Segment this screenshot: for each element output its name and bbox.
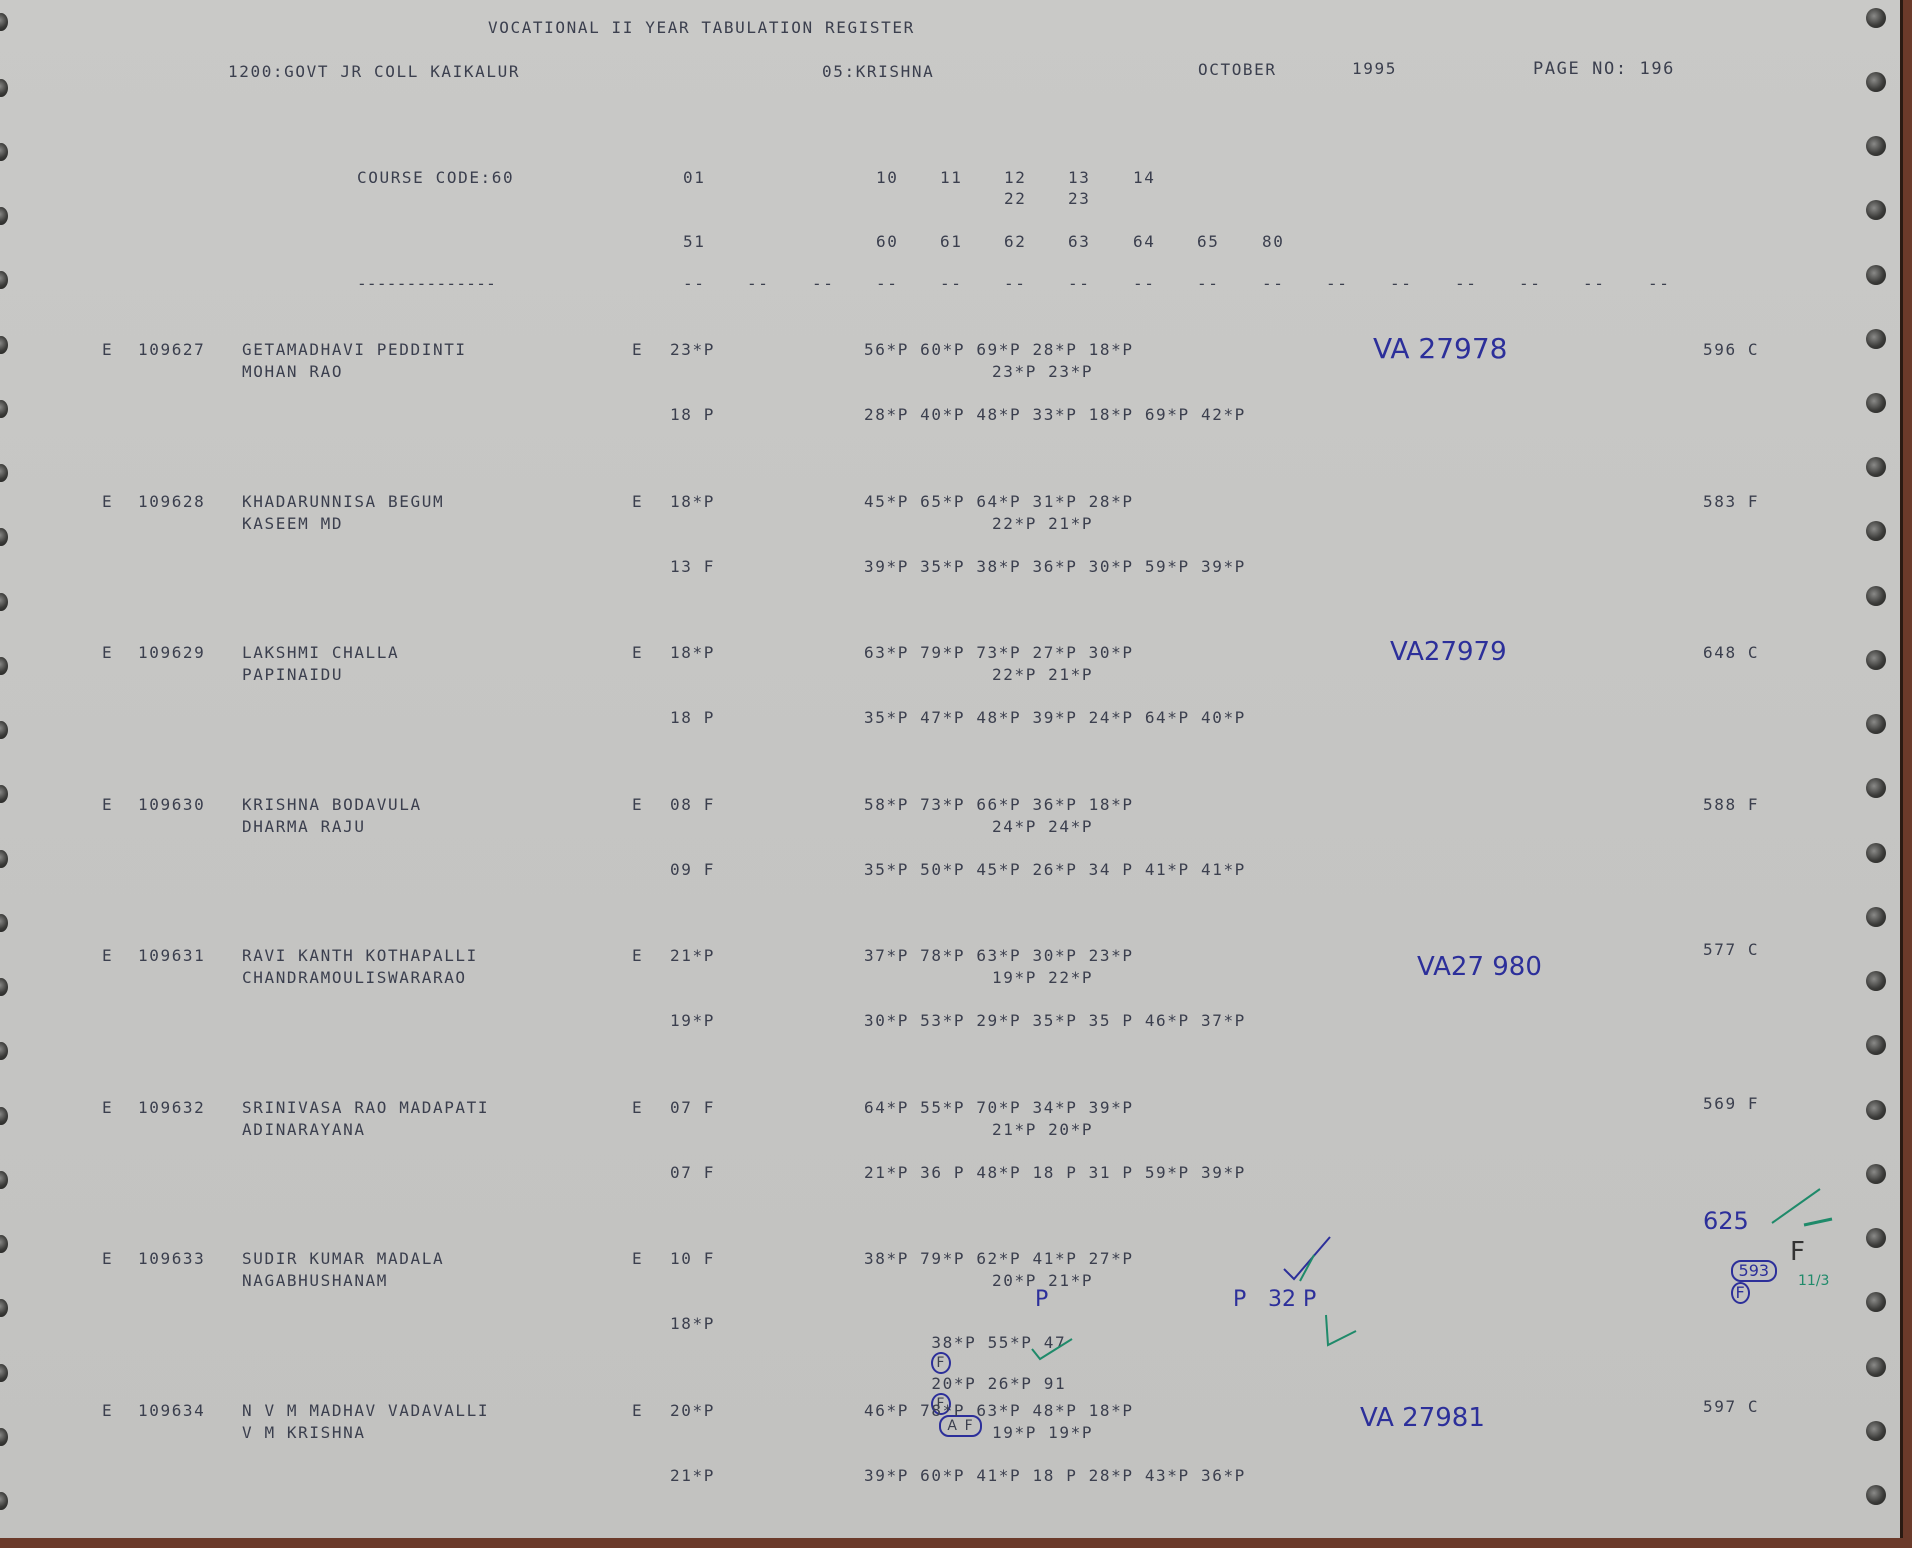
year1-sub-marks: 22*P 21*P <box>992 514 1093 533</box>
corrected-total: 625 <box>1703 1207 1749 1235</box>
initials-date: 11/3 <box>1798 1273 1829 1289</box>
student-record: E 109629 LAKSHMI CHALLA PAPINAIDU E 18*P… <box>0 643 1900 743</box>
exam-year: 1995 <box>1352 59 1397 78</box>
hall-ticket-number: 109630 <box>138 795 205 814</box>
part1-marks: 08 F <box>670 795 715 814</box>
student-record: E 109631 RAVI KANTH KOTHAPALLI CHANDRAMO… <box>0 946 1900 1046</box>
subject-code: 22 <box>1004 189 1026 208</box>
hall-ticket-number: 109627 <box>138 340 205 359</box>
year1-marks: 56*P 60*P 69*P 28*P 18*P <box>864 340 1134 359</box>
sprocket-hole <box>0 79 8 97</box>
header-rule: -------------- <box>357 274 496 293</box>
sprocket-hole <box>1866 457 1886 477</box>
sprocket-hole <box>0 464 8 482</box>
sprocket-hole <box>1866 1357 1886 1377</box>
subject-code: 12 <box>1004 168 1026 187</box>
part1b-marks: 18 P <box>670 708 715 727</box>
header-rule: -- <box>1068 274 1090 293</box>
subject-code: 01 <box>683 168 705 187</box>
subject-code: 80 <box>1262 232 1284 251</box>
part1b-marks: 07 F <box>670 1163 715 1182</box>
father-name: MOHAN RAO <box>242 362 343 381</box>
original-total: 593 F <box>1700 1241 1777 1323</box>
sprocket-hole <box>1866 265 1886 285</box>
student-record: E 109634 N V M MADHAV VADAVALLI V M KRIS… <box>0 1401 1900 1501</box>
medium: E <box>632 492 643 511</box>
year1-marks: 63*P 79*P 73*P 27*P 30*P <box>864 643 1134 662</box>
student-name: RAVI KANTH KOTHAPALLI <box>242 946 478 965</box>
category: E <box>102 643 113 662</box>
check-mark-icon <box>1028 1323 1078 1363</box>
check-mark-icon <box>1322 1311 1362 1351</box>
father-name: DHARMA RAJU <box>242 817 366 836</box>
district-name: 05:KRISHNA <box>822 62 934 81</box>
total-result: 597 C <box>1703 1397 1759 1416</box>
subject-code: 64 <box>1133 232 1155 251</box>
category: E <box>102 1401 113 1420</box>
year1-marks: 37*P 78*P 63*P 30*P 23*P <box>864 946 1134 965</box>
year1-sub-marks: 22*P 21*P <box>992 665 1093 684</box>
header-rule: -- <box>1133 274 1155 293</box>
header-rule: -- <box>1390 274 1412 293</box>
header-rule: -- <box>1583 274 1605 293</box>
father-name: ADINARAYANA <box>242 1120 366 1139</box>
sprocket-hole <box>1866 200 1886 220</box>
sprocket-hole <box>0 914 8 932</box>
tabulation-register-sheet: VOCATIONAL II YEAR TABULATION REGISTER 1… <box>0 0 1903 1538</box>
medium: E <box>632 643 643 662</box>
student-name: SUDIR KUMAR MADALA <box>242 1249 444 1268</box>
part1-marks: 10 F <box>670 1249 715 1268</box>
part1-marks: 07 F <box>670 1098 715 1117</box>
check-mark-icon <box>1280 1235 1340 1285</box>
header-rule: -- <box>1455 274 1477 293</box>
header-rule: -- <box>1326 274 1348 293</box>
subject-code: 65 <box>1197 232 1219 251</box>
part1b-marks: 18*P <box>670 1314 715 1333</box>
year1-sub-marks: 21*P 20*P <box>992 1120 1093 1139</box>
father-name: V M KRISHNA <box>242 1423 366 1442</box>
father-name: NAGABHUSHANAM <box>242 1271 388 1290</box>
part1-marks: 18*P <box>670 492 715 511</box>
father-name: KASEEM MD <box>242 514 343 533</box>
part1b-marks: 19*P <box>670 1011 715 1030</box>
handwritten-serial: VA27979 <box>1390 637 1507 667</box>
part1b-marks: 21*P <box>670 1466 715 1485</box>
part1b-marks: 18 P <box>670 405 715 424</box>
subject-code: 13 <box>1068 168 1090 187</box>
category: E <box>102 492 113 511</box>
sprocket-hole <box>1866 1228 1886 1248</box>
category: E <box>102 340 113 359</box>
strike-mark-icon <box>1768 1183 1838 1233</box>
category: E <box>102 1098 113 1117</box>
medium: E <box>632 340 643 359</box>
hall-ticket-number: 109631 <box>138 946 205 965</box>
medium: E <box>632 1401 643 1420</box>
sprocket-hole <box>0 13 8 31</box>
page-number: PAGE NO: 196 <box>1533 59 1675 79</box>
hall-ticket-number: 109634 <box>138 1401 205 1420</box>
year1-marks: 46*P 78*P 63*P 48*P 18*P <box>864 1401 1134 1420</box>
year2-marks-middle: 20*P 26*P 91 <box>931 1374 1066 1393</box>
total-result: 577 C <box>1703 940 1759 959</box>
sprocket-hole <box>0 271 8 289</box>
total-result: 583 F <box>1703 492 1759 511</box>
handwritten-serial: VA27 980 <box>1417 952 1542 982</box>
header-rule: -- <box>747 274 769 293</box>
header-rule: -- <box>940 274 962 293</box>
header-rule: -- <box>683 274 705 293</box>
part1-marks: 21*P <box>670 946 715 965</box>
header-rule: -- <box>1004 274 1026 293</box>
year1-sub-marks: 24*P 24*P <box>992 817 1093 836</box>
year2-marks: 21*P 36 P 48*P 18 P 31 P 59*P 39*P <box>864 1163 1246 1182</box>
student-name: KRISHNA BODAVULA <box>242 795 422 814</box>
medium: E <box>632 1098 643 1117</box>
year2-marks: 35*P 50*P 45*P 26*P 34 P 41*P 41*P <box>864 860 1246 879</box>
total-result: 588 F <box>1703 795 1759 814</box>
header-rule: -- <box>1648 274 1670 293</box>
sprocket-hole <box>0 1364 8 1382</box>
subject-code: 10 <box>876 168 898 187</box>
circled-fail-mark: F <box>931 1352 951 1374</box>
sprocket-hole <box>1866 8 1886 28</box>
year2-marks: 39*P 35*P 38*P 36*P 30*P 59*P 39*P <box>864 557 1246 576</box>
student-record: E 109633 SUDIR KUMAR MADALA NAGABHUSHANA… <box>0 1249 1900 1349</box>
year1-sub-marks: 19*P 22*P <box>992 968 1093 987</box>
year1-sub-marks: 23*P 23*P <box>992 362 1093 381</box>
part1b-marks: 09 F <box>670 860 715 879</box>
college-name: 1200:GOVT JR COLL KAIKALUR <box>228 62 520 81</box>
student-name: KHADARUNNISA BEGUM <box>242 492 444 511</box>
exam-month: OCTOBER <box>1198 60 1277 79</box>
year2-marks: 39*P 60*P 41*P 18 P 28*P 43*P 36*P <box>864 1466 1246 1485</box>
header-rule: -- <box>1262 274 1284 293</box>
student-name: LAKSHMI CHALLA <box>242 643 399 662</box>
father-name: CHANDRAMOULISWARARAO <box>242 968 467 987</box>
student-record: E 109628 KHADARUNNISA BEGUM KASEEM MD E … <box>0 492 1900 592</box>
category: E <box>102 795 113 814</box>
hall-ticket-number: 109628 <box>138 492 205 511</box>
handwritten-correction: P <box>1233 1287 1246 1312</box>
category: E <box>102 946 113 965</box>
year1-marks: 45*P 65*P 64*P 31*P 28*P <box>864 492 1134 511</box>
subject-code: 14 <box>1133 168 1155 187</box>
circled-total: 593 <box>1731 1260 1778 1282</box>
subject-code: 61 <box>940 232 962 251</box>
year1-marks: 64*P 55*P 70*P 34*P 39*P <box>864 1098 1134 1117</box>
handwritten-serial: VA 27981 <box>1360 1403 1485 1433</box>
student-name: GETAMADHAVI PEDDINTI <box>242 340 467 359</box>
part1-marks: 18*P <box>670 643 715 662</box>
year2-marks: 30*P 53*P 29*P 35*P 35 P 46*P 37*P <box>864 1011 1246 1030</box>
sprocket-hole <box>0 143 8 161</box>
part1b-marks: 13 F <box>670 557 715 576</box>
total-result: 569 F <box>1703 1094 1759 1113</box>
header-rule: -- <box>812 274 834 293</box>
year1-marks: 38*P 79*P 62*P 41*P 27*P <box>864 1249 1134 1268</box>
corrected-grade: F <box>1790 1237 1805 1267</box>
hall-ticket-number: 109629 <box>138 643 205 662</box>
year1-marks: 58*P 73*P 66*P 36*P 18*P <box>864 795 1134 814</box>
category: E <box>102 1249 113 1268</box>
hall-ticket-number: 109632 <box>138 1098 205 1117</box>
year2-marks: 28*P 40*P 48*P 33*P 18*P 69*P 42*P <box>864 405 1246 424</box>
course-code: COURSE CODE:60 <box>357 168 514 187</box>
sprocket-hole <box>1866 136 1886 156</box>
year1-sub-marks: 19*P 19*P <box>992 1423 1093 1442</box>
student-record: E 109630 KRISHNA BODAVULA DHARMA RAJU E … <box>0 795 1900 895</box>
sprocket-hole <box>0 593 8 611</box>
medium: E <box>632 795 643 814</box>
total-result: 648 C <box>1703 643 1759 662</box>
subject-code: 11 <box>940 168 962 187</box>
subject-code: 62 <box>1004 232 1026 251</box>
medium: E <box>632 946 643 965</box>
student-record: E 109627 GETAMADHAVI PEDDINTI MOHAN RAO … <box>0 340 1900 440</box>
subject-code: 23 <box>1068 189 1090 208</box>
sprocket-hole <box>1866 907 1886 927</box>
year2-marks: 35*P 47*P 48*P 39*P 24*P 64*P 40*P <box>864 708 1246 727</box>
hall-ticket-number: 109633 <box>138 1249 205 1268</box>
circled-grade: F <box>1731 1282 1750 1304</box>
subject-code: 51 <box>683 232 705 251</box>
total-result: 596 C <box>1703 340 1759 359</box>
sprocket-hole <box>0 207 8 225</box>
subject-code: 63 <box>1068 232 1090 251</box>
sprocket-hole <box>1866 72 1886 92</box>
student-record: E 109632 SRINIVASA RAO MADAPATI ADINARAY… <box>0 1098 1900 1198</box>
header-rule: -- <box>1519 274 1541 293</box>
register-title: VOCATIONAL II YEAR TABULATION REGISTER <box>488 18 915 37</box>
student-name: N V M MADHAV VADAVALLI <box>242 1401 489 1420</box>
subject-code: 60 <box>876 232 898 251</box>
medium: E <box>632 1249 643 1268</box>
student-name: SRINIVASA RAO MADAPATI <box>242 1098 489 1117</box>
handwritten-correction: 32 P <box>1268 1287 1316 1312</box>
part1-marks: 23*P <box>670 340 715 359</box>
handwritten-serial: VA 27978 <box>1373 332 1508 365</box>
handwritten-correction: P <box>1035 1287 1048 1312</box>
header-rule: -- <box>876 274 898 293</box>
part1-marks: 20*P <box>670 1401 715 1420</box>
father-name: PAPINAIDU <box>242 665 343 684</box>
header-rule: -- <box>1197 274 1219 293</box>
